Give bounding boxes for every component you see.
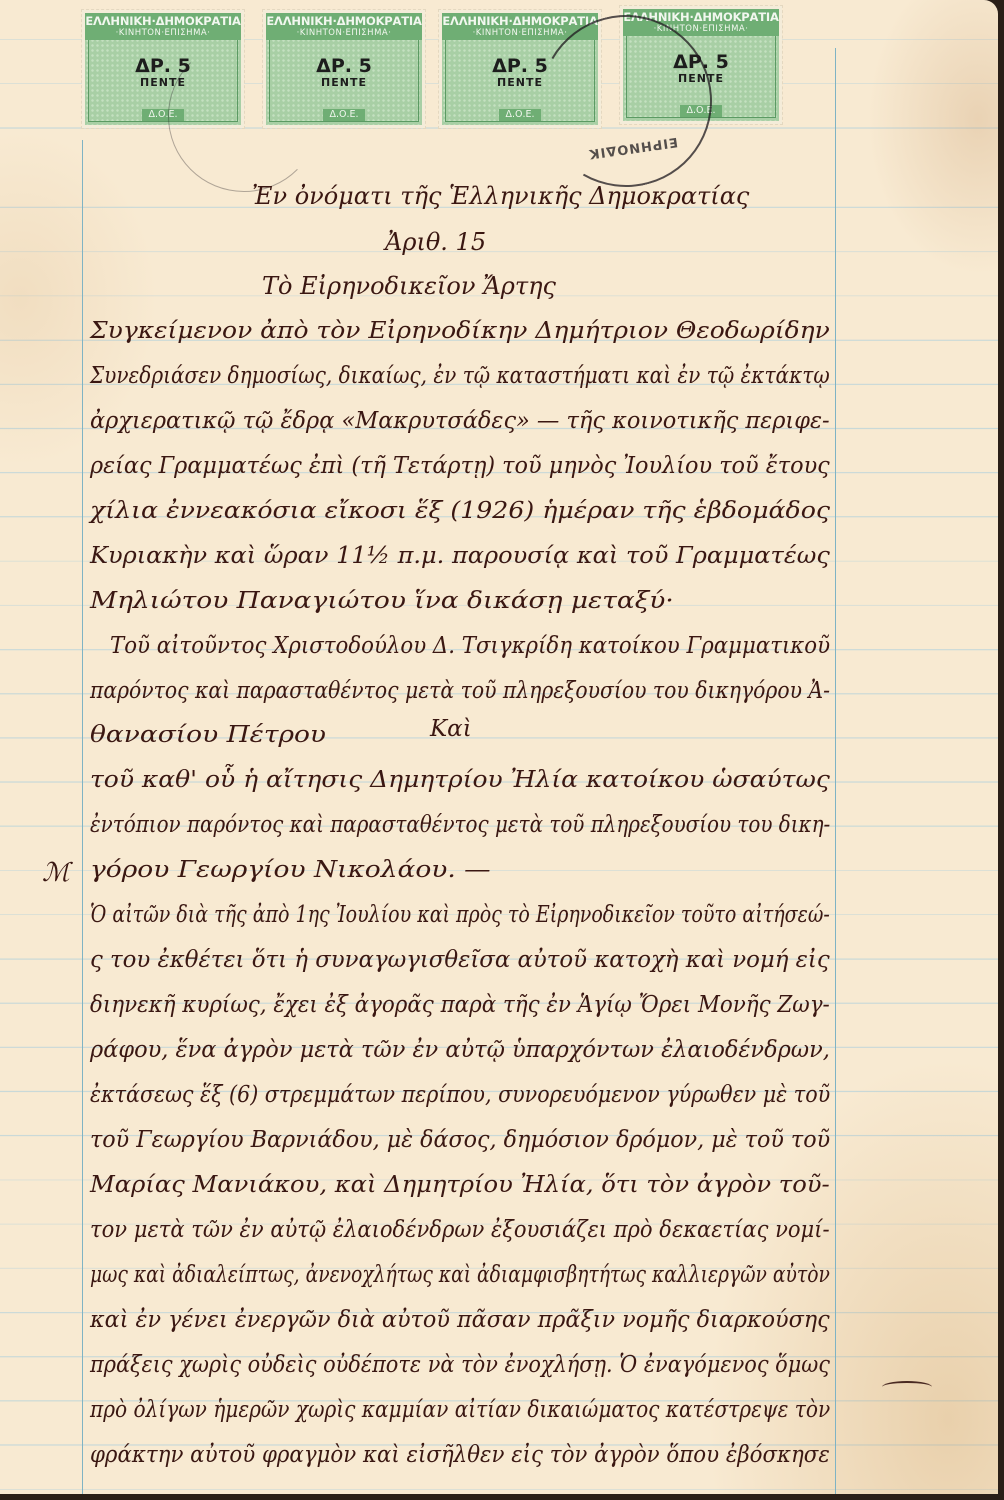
body-line: ρείας Γραμματέως ἐπὶ (τῆ Τετάρτῃ) τοῦ μη… <box>90 453 830 479</box>
body-line: ς του ἐκθέτει ὅτι ἡ συναγωγισθεῖσα αὐτοῦ… <box>90 947 830 973</box>
body-line: πρὸ ὀλίγων ἡμερῶν χωρὶς καμμίαν αἰτίαν δ… <box>90 1397 830 1423</box>
kai-connector: Καὶ <box>430 716 472 742</box>
body-line: παρόντος καὶ παρασταθέντος μετὰ τοῦ πληρ… <box>90 678 830 704</box>
invocation-line: Ἐν ὀνόματι τῆς Ἑλληνικῆς Δημοκρατίας <box>252 182 749 210</box>
body-line: ἐντόπιον παρόντος καὶ παρασταθέντος μετὰ… <box>90 812 830 838</box>
right-margin-rule <box>835 48 836 1494</box>
body-line: καὶ ἐν γένει ἐνεργῶν διὰ αὐτοῦ πᾶσαν πρᾶ… <box>90 1307 830 1333</box>
stamp-footer: Δ.Ο.Ε. <box>499 109 540 121</box>
body-line: τοῦ Γεωργίου Βαρνιάδου, μὲ δάσος, δημόσι… <box>90 1127 830 1153</box>
body-line: μως καὶ ἀδιαλείπτως, ἀνενοχλήτως καὶ ἀδι… <box>90 1262 830 1288</box>
left-margin-mark: ℳ <box>42 858 70 888</box>
body-line: χίλια ἐννεακόσια εἴκοσι ἕξ (1926) ἡμέραν… <box>90 498 830 524</box>
body-line: Μηλιώτου Παναγιώτου ἵνα δικάσῃ μεταξύ· <box>90 588 674 614</box>
court-name: Τὸ Εἰρηνοδικεῖον Ἄρτης <box>262 272 556 300</box>
stamp-header: ΕΛΛΗΝΙΚΗ·ΔΗΜΟΚΡΑΤΙΑ <box>85 13 241 28</box>
body-line: Κυριακὴν καὶ ὥραν 11½ π.μ. παρουσίᾳ καὶ … <box>90 543 830 569</box>
faint-postmark <box>168 40 320 192</box>
body-line: Συνεδριάσεν δημοσίως, δικαίως, ἐν τῷ κατ… <box>90 363 830 389</box>
body-line: Τοῦ αἰτοῦντος Χριστοδούλου Δ. Τσιγκρίδη … <box>110 633 830 659</box>
body-line: φράκτην αὐτοῦ φραγμὸν καὶ εἰσῆλθεν εἰς τ… <box>90 1442 830 1468</box>
record-number: Ἀριθ. 15 <box>385 228 486 256</box>
body-line: πράξεις χωρὶς οὐδεὶς οὐδέποτε νὰ τὸν ἐνο… <box>90 1352 830 1378</box>
body-line: ἀρχιερατικῷ τῷ ἔδρᾳ «Μακρυτσάδες» — τῆς … <box>90 408 830 434</box>
stamp-header: ΕΛΛΗΝΙΚΗ·ΔΗΜΟΚΡΑΤΙΑ <box>442 13 598 28</box>
body-line: διηνεκῆ κυρίως, ἔχει ἐξ ἀγορᾶς παρὰ τῆς … <box>90 992 830 1018</box>
body-line: γόρου Γεωργίου Νικολάου. — <box>90 857 491 883</box>
stamp-footer: Δ.Ο.Ε. <box>323 109 364 121</box>
body-line: τον μετὰ τῶν ἐν αὐτῷ ἐλαιοδένδρων ἐξουσι… <box>90 1217 830 1243</box>
body-line: θανασίου Πέτρου <box>90 722 326 748</box>
document-page: ΕΛΛΗΝΙΚΗ·ΔΗΜΟΚΡΑΤΙΑ ·ΚΙΝΗΤΟΝ·ΕΠΙΣΗΜΑ· ΔΡ… <box>0 0 998 1494</box>
body-line: Μαρίας Μανιάκου, καὶ Δημητρίου Ἠλία, ὅτι… <box>90 1172 830 1198</box>
stamp-subheader: ·ΚΙΝΗΤΟΝ·ΕΠΙΣΗΜΑ· <box>266 28 422 40</box>
body-line: τοῦ καθ' οὗ ἡ αἴτησις Δημητρίου Ἠλία κατ… <box>90 767 830 793</box>
body-line: ἐκτάσεως ἕξ (6) στρεμμάτων περίπου, συνο… <box>90 1082 830 1108</box>
body-line: Συγκείμενον ἀπὸ τὸν Εἰρηνοδίκην Δημήτριο… <box>90 318 830 344</box>
body-line: ράφου, ἕνα ἀγρὸν μετὰ τῶν ἐν αὐτῷ ὑπαρχό… <box>90 1037 830 1063</box>
stamp-subheader: ·ΚΙΝΗΤΟΝ·ΕΠΙΣΗΜΑ· <box>85 28 241 40</box>
stamp-header: ΕΛΛΗΝΙΚΗ·ΔΗΜΟΚΡΑΤΙΑ <box>266 13 422 28</box>
right-margin-flourish <box>882 1381 932 1393</box>
body-line: Ὁ αἰτῶν διὰ τῆς ἀπὸ 1ης Ἰουλίου καὶ πρὸς… <box>90 902 830 928</box>
left-margin-rule <box>82 140 83 1494</box>
